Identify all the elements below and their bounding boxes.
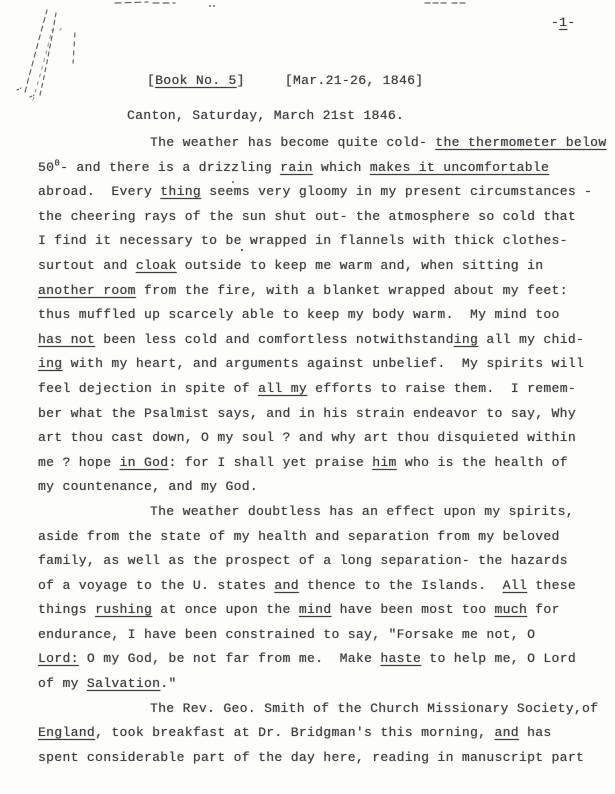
- text-line: another room from the fire, with a blank…: [38, 279, 608, 304]
- text-line: The Rev. Geo. Smith of the Church Missio…: [38, 697, 608, 722]
- text-line: The weather doubtless has an effect upon…: [38, 500, 608, 525]
- text-line: the cheering rays of the sun shut out- t…: [38, 205, 608, 230]
- text-line: England, took breakfast at Dr. Bridgman'…: [38, 721, 608, 746]
- text-line: endurance, I have been constrained to sa…: [38, 623, 608, 648]
- text-line: thus muffled up scarcely able to keep my…: [38, 303, 608, 328]
- text-line: feel dejection in spite of all my effort…: [38, 377, 608, 402]
- text-line: The weather has become quite cold- the t…: [38, 131, 608, 156]
- text-line: my countenance, and my God.: [38, 475, 608, 500]
- text-line: has not been less cold and comfortless n…: [38, 328, 608, 353]
- page-number: -1-: [551, 15, 575, 30]
- book-number-label: [Book No. 5]: [147, 73, 245, 88]
- entry-dateline: Canton, Saturday, March 21st 1846.: [127, 108, 404, 123]
- scanned-diary-page: -1- [Book No. 5] [Mar.21-26, 1846] Canto…: [0, 0, 615, 794]
- text-line: ber what the Psalmist says, and in his s…: [38, 402, 608, 427]
- text-line: things rushing at once upon the mind hav…: [38, 598, 608, 623]
- text-line: me ? hope in God: for I shall yet praise…: [38, 451, 608, 476]
- text-line: of my Salvation.": [38, 672, 608, 697]
- date-range-label: [Mar.21-26, 1846]: [285, 73, 424, 88]
- text-line: art thou cast down, O my soul ? and why …: [38, 426, 608, 451]
- text-line: Lord: O my God, be not far from me. Make…: [38, 647, 608, 672]
- text-line: of a voyage to the U. states and thence …: [38, 574, 608, 599]
- text-line: surtout and cloak outside to keep me war…: [38, 254, 608, 279]
- text-line: aside from the state of my health and se…: [38, 525, 608, 550]
- text-line: 500- and there is a drizzling rain which…: [38, 156, 608, 181]
- header-line: [Book No. 5] [Mar.21-26, 1846]: [147, 73, 423, 88]
- text-line: family, as well as the prospect of a lon…: [38, 549, 608, 574]
- text-line: abroad. Every thing seems very gloomy in…: [38, 180, 608, 205]
- text-line: spent considerable part of the day here,…: [38, 746, 608, 771]
- document-body: The weather has become quite cold- the t…: [38, 131, 608, 770]
- text-line: ing with my heart, and arguments against…: [38, 352, 608, 377]
- text-line: I find it necessary to be wrapped in fla…: [38, 229, 608, 254]
